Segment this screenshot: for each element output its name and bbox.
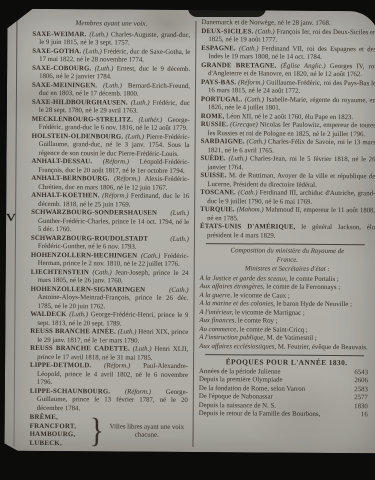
ruler-entry: SAXE-MEININGEN. (Luth.) Bernard-Erich-Fr… bbox=[32, 81, 190, 99]
state-name: REUSS BRANCHE CADETTE. bbox=[30, 345, 130, 353]
religion-tag: (Luth.) bbox=[131, 99, 150, 106]
ruler-entry: ANHALT-BERNBOURG. (Réform.) Alexis-Frédé… bbox=[31, 175, 189, 193]
page-content: Membres ayant une voix. SAXE-WEIMAR. (Lu… bbox=[29, 18, 375, 448]
religion-tag: (Réform.) bbox=[125, 388, 151, 395]
ruler-entry: LIPPE-DETMOLD. (Réform.) Paul-Alexandre-… bbox=[30, 362, 188, 389]
religion-tag: (Réform.) bbox=[104, 362, 130, 369]
religion-tag: (Luth.) bbox=[118, 328, 137, 335]
epoch-value: 16 bbox=[361, 411, 374, 420]
religion-tag: (Cath.) bbox=[255, 28, 275, 35]
religion-tag: (Luth.) bbox=[170, 210, 189, 217]
brace-glyph: } bbox=[89, 414, 104, 447]
page-flaw-mark: v bbox=[6, 209, 16, 226]
state-name: SCHWARZBOURG-ROUDOLSTADT bbox=[31, 234, 148, 242]
ruler-entry: SAXE-GOTHA. (Luth.) Frédéric, duc de Sax… bbox=[32, 47, 190, 65]
religion-tag: (Luth.) bbox=[103, 82, 122, 89]
religion-tag: (Luth.) bbox=[95, 65, 114, 72]
entry-text: M. de Ruttiman, Avoyer de la ville et ré… bbox=[207, 172, 375, 188]
ruler-entry: HOHENZOLLERN-HECHINGEN (Cath.) Frédéric-… bbox=[31, 251, 189, 269]
epoch-value: 1830 bbox=[354, 403, 374, 412]
religion-tag: (Réform.) bbox=[114, 175, 140, 182]
minister-office: A la marine et des colonies, bbox=[199, 300, 274, 308]
minister-office: Aux affaires étrangères, bbox=[200, 283, 265, 290]
state-name: GRANDE BRETAGNE. bbox=[201, 62, 276, 70]
religion-tag: (Luth.) bbox=[133, 346, 152, 353]
minister-person: le baron Hyde de Neuville ; bbox=[277, 301, 352, 309]
ruler-entry: PAYS-BAS. (Réform.) Guillaume-Frédéric, … bbox=[201, 79, 375, 97]
ruler-entry: SARDAIGNE. (Cath.) Charles-Félix de Savo… bbox=[201, 138, 375, 156]
ministry-title: Composition du ministère du Royaume de F… bbox=[222, 247, 353, 265]
ruler-entry: ÉTATS-UNIS D'AMÉRIQUE, le général Jackso… bbox=[200, 223, 375, 241]
ruler-entry: GRANDE BRETAGNE. (Église Anglic.) George… bbox=[201, 62, 375, 80]
minister-person: le comte de Saint-Cricq ; bbox=[240, 326, 308, 333]
epoch-value: 2606 bbox=[354, 377, 374, 386]
left-column: Membres ayant une voix. SAXE-WEIMAR. (Lu… bbox=[29, 18, 190, 447]
ruler-entry: ANHALT-KOETHEN. (Réform.) Ferdinand, duc… bbox=[31, 192, 189, 210]
religion-tag: (Réform.) bbox=[102, 192, 128, 199]
epoch-label: Depuis le retour de la Famille des Bourb… bbox=[199, 410, 321, 419]
state-name: TOSCANE. bbox=[200, 189, 236, 196]
religion-tag: (Cath.) bbox=[247, 138, 267, 145]
religion-tag: (Luth.) bbox=[228, 155, 247, 162]
minister-entry: Aux affaires ecclésiastiques, M. Feutrie… bbox=[199, 343, 374, 353]
religion-tag: (Luth.) bbox=[125, 133, 144, 140]
religion-tag: (Luth.) bbox=[170, 235, 189, 242]
state-name: ROME, bbox=[201, 113, 225, 120]
state-name: ANHALT-KOETHEN. bbox=[31, 192, 99, 199]
state-name: HOHENZOLLERN-HECHINGEN bbox=[31, 251, 137, 259]
ruler-entry: HOHENZOLLERN-SIGMARINGEN (Cath.) Antoine… bbox=[30, 285, 188, 312]
ruler-entry: SUÈDE. (Luth.) Charles-Jean, roi le 5 fé… bbox=[200, 155, 375, 173]
religion-tag: (Luth.) bbox=[69, 311, 88, 318]
ruler-entry: SUISSE. M. de Ruttiman, Avoyer de la vil… bbox=[200, 172, 375, 190]
state-name: SARDAIGNE. bbox=[201, 138, 245, 145]
state-name: SUISSE. bbox=[200, 172, 226, 179]
right-column: Danemarck et de Norwège, né le 28 janv. … bbox=[198, 19, 375, 448]
epoch-value: 6543 bbox=[354, 369, 374, 378]
ruler-entry: MECKLENBOURG-STRELITZ. (Luthér.) George-… bbox=[32, 115, 190, 133]
ruler-entry: HOLSTEIN-OLDENBOURG. (Luth.) Pierre-Fréd… bbox=[32, 132, 190, 159]
minister-person: le vicomte de Caux ; bbox=[234, 292, 290, 299]
minister-office: A la Justice et garde des sceaux, bbox=[200, 275, 288, 283]
minister-office: A l'intérieur, bbox=[199, 309, 233, 316]
ruler-entry: WALDECK (Luth.) George-Frédéric-Henri, p… bbox=[30, 311, 188, 329]
ruler-entry: RUSSIE. (Grecque) Nicolas Ier Paulowitz,… bbox=[201, 121, 375, 139]
state-name: SCHWARZBOURG-SONDERSHAUSEN bbox=[31, 209, 157, 217]
epoch-value: 2583 bbox=[354, 386, 374, 395]
ruler-entry: ESPAGNE. (Cath.) Ferdinand VII, roi des … bbox=[201, 45, 375, 63]
minister-office: A la guerre, bbox=[200, 292, 232, 299]
free-cities-block: BRÊME, FRANCFORT, HAMBOURG, LUBECK, } Vi… bbox=[29, 414, 187, 447]
minister-office: A l'instruction publique, bbox=[199, 334, 265, 341]
state-name: ESPAGNE. bbox=[201, 45, 236, 52]
ruler-entry: TOSCANE. (Cath.) Ferdinand III, archiduc… bbox=[200, 189, 375, 207]
horizontal-rule bbox=[205, 354, 364, 356]
ruler-entry: TURQUIE. (Mahom.) Mahmoud II, empereur l… bbox=[200, 206, 375, 224]
state-name: PORTUGAL. bbox=[201, 96, 242, 103]
ruler-entry: LIECHTENSTEIN (Cath.) Jean-Joseph, princ… bbox=[31, 268, 189, 286]
state-name: SUÈDE. bbox=[200, 155, 225, 162]
religion-tag: (Cath.) bbox=[92, 269, 112, 276]
book-page: v Membres ayant une voix. SAXE-WEIMAR. (… bbox=[4, 9, 375, 454]
horizontal-rule bbox=[206, 243, 365, 245]
religion-tag: (Luthér.) bbox=[139, 116, 163, 123]
free-cities-note: Villes libres ayant une voix chacune. bbox=[106, 423, 188, 441]
city-name: LUBECK, bbox=[29, 439, 87, 447]
ruler-entry: SAXE-HILDBOURGHAUSEN. (Luth.) Frédéric, … bbox=[32, 98, 190, 116]
religion-tag: (Grecque) bbox=[230, 121, 258, 128]
state-name: ÉTATS-UNIS D'AMÉRIQUE, bbox=[200, 223, 296, 231]
state-name: LIPPE-SCHAUNBOURG. bbox=[30, 387, 110, 395]
state-name: SAXE-WEIMAR. bbox=[32, 30, 86, 37]
minister-office: Aux finances, bbox=[199, 317, 236, 324]
religion-tag: (Luth.) bbox=[83, 48, 102, 55]
state-name: RUSSIE. bbox=[201, 121, 228, 128]
state-name: LIECHTENSTEIN bbox=[31, 268, 89, 275]
state-name: MECKLENBOURG-STRELITZ. bbox=[32, 115, 133, 123]
state-name: WALDECK bbox=[30, 311, 66, 318]
scan-top-shadow bbox=[188, 8, 266, 17]
state-name: PAYS-BAS. bbox=[201, 79, 236, 86]
state-name: SAXE-GOTHA. bbox=[32, 47, 81, 54]
state-name: SAXE-HILDBOURGHAUSEN. bbox=[32, 98, 128, 106]
foreign-powers-list: DEUX-SICILES. (Cath.) François Ier, roi … bbox=[200, 28, 375, 242]
ruler-entry: SAXE-COBOURG. (Luth.) Ernest, duc le 9 d… bbox=[32, 64, 190, 82]
religion-tag: (Cath.) bbox=[141, 252, 161, 259]
ruler-entry: SCHWARZBOURG-SONDERSHAUSEN (Luth.) Gunth… bbox=[31, 209, 189, 236]
religion-tag: (Cath.) bbox=[169, 286, 189, 293]
state-name: SAXE-MEININGEN. bbox=[32, 81, 97, 88]
state-name: ANHALT-DESSAU. bbox=[31, 158, 92, 165]
ruler-entry: SAXE-WEIMAR. (Luth.) Charles-Auguste, gr… bbox=[32, 30, 190, 48]
epochs-section: ÉPOQUES POUR L'ANNÉE 1830. Années de la … bbox=[199, 358, 374, 420]
minister-office: Aux affaires ecclésiastiques, bbox=[199, 343, 276, 351]
state-name: TURQUIE. bbox=[200, 206, 235, 213]
ministry-subtitle: Ministres et Secrétaires d'état : bbox=[200, 265, 375, 275]
minister-office: Au commerce, bbox=[199, 326, 238, 333]
religion-tag: (Cath.) bbox=[245, 96, 265, 103]
ruler-entry: LIPPE-SCHAUNBOURG. (Réform.) George-Guil… bbox=[30, 387, 188, 414]
ruler-entry: REUSS BRANCHE CADETTE. (Luth.) Henri XLI… bbox=[30, 345, 188, 363]
page-left-edge-line bbox=[13, 11, 17, 447]
state-name: REUSS BRANCHE AINÉE. bbox=[30, 328, 116, 336]
religion-tag: (Mahom.) bbox=[237, 206, 264, 213]
state-name: SAXE-COBOURG. bbox=[32, 64, 91, 71]
religion-tag: (Cath.) bbox=[239, 45, 259, 52]
religion-tag: (Réform.) bbox=[238, 79, 264, 86]
ruler-entry: DEUX-SICILES. (Cath.) François Ier, roi … bbox=[201, 28, 375, 46]
entry-text: Gunther-Frédéric-Charles, prince le 14 o… bbox=[38, 217, 189, 233]
ministers-list: A la Justice et garde des sceaux, le com… bbox=[199, 275, 375, 353]
state-name: DEUX-SICILES. bbox=[201, 28, 253, 35]
minister-person: le comte de la Ferronnays ; bbox=[266, 284, 340, 292]
ministry-section: Composition du ministère du Royaume de F… bbox=[199, 247, 375, 352]
minister-person: M. Feutrier, évêque de Beauvais. bbox=[278, 343, 368, 351]
religion-tag: (Luth.) bbox=[89, 31, 108, 38]
ruler-entry: REUSS BRANCHE AINÉE. (Luth.) Henri XIX, … bbox=[30, 328, 188, 346]
members-list: SAXE-WEIMAR. (Luth.) Charles-Auguste, gr… bbox=[30, 30, 191, 414]
state-name: ANHALT-BERNBOURG. bbox=[31, 175, 109, 183]
epochs-table: Années de la période Julienne6543 Depuis… bbox=[199, 368, 374, 420]
section-header: Membres ayant une voix. bbox=[32, 19, 190, 29]
epoch-row: Depuis le retour de la Famille des Bourb… bbox=[199, 410, 374, 420]
epochs-title: ÉPOQUES POUR L'ANNÉE 1830. bbox=[199, 358, 374, 368]
ruler-entry: ANHALT-DESSAU. (Réform.) Léopold-Frédéri… bbox=[31, 158, 189, 176]
city-name: HAMBOURG, bbox=[30, 431, 88, 440]
religion-tag: (Cath.) bbox=[238, 189, 258, 196]
minister-person: le comte Roy ; bbox=[238, 318, 278, 325]
minister-person: M. de Vatimesnil ; bbox=[267, 335, 317, 342]
free-city-names: BRÊME, FRANCFORT, HAMBOURG, LUBECK, bbox=[29, 414, 87, 447]
entry-text: Léon XII, né le 2 août 1760, élu Pape en… bbox=[226, 113, 353, 121]
minister-person: le comte Portalis ; bbox=[290, 275, 339, 282]
state-name: HOHENZOLLERN-SIGMARINGEN bbox=[31, 285, 146, 293]
entry-text: Frédéric-Gunther, né le 6 nov. 1793. bbox=[38, 243, 137, 251]
religion-tag: (Église Anglic.) bbox=[281, 62, 326, 69]
minister-person: le vicomte de Martignac ; bbox=[235, 309, 305, 316]
ruler-entry: PORTUGAL. (Cath.) Isabelle-Marie, régent… bbox=[201, 96, 375, 114]
ruler-entry: SCHWARZBOURG-ROUDOLSTADT (Luth.) Frédéri… bbox=[31, 234, 189, 252]
entry-text: Antoine-Aloys-Meinrad-François, prince l… bbox=[37, 294, 188, 310]
religion-tag: (Réform.) bbox=[103, 158, 129, 165]
state-name: LIPPE-DETMOLD. bbox=[30, 362, 91, 369]
epoch-value: 2577 bbox=[354, 394, 374, 403]
state-name: HOLSTEIN-OLDENBOURG. bbox=[32, 132, 124, 140]
column-divider bbox=[192, 21, 196, 447]
city-name: BRÊME, bbox=[30, 414, 88, 423]
